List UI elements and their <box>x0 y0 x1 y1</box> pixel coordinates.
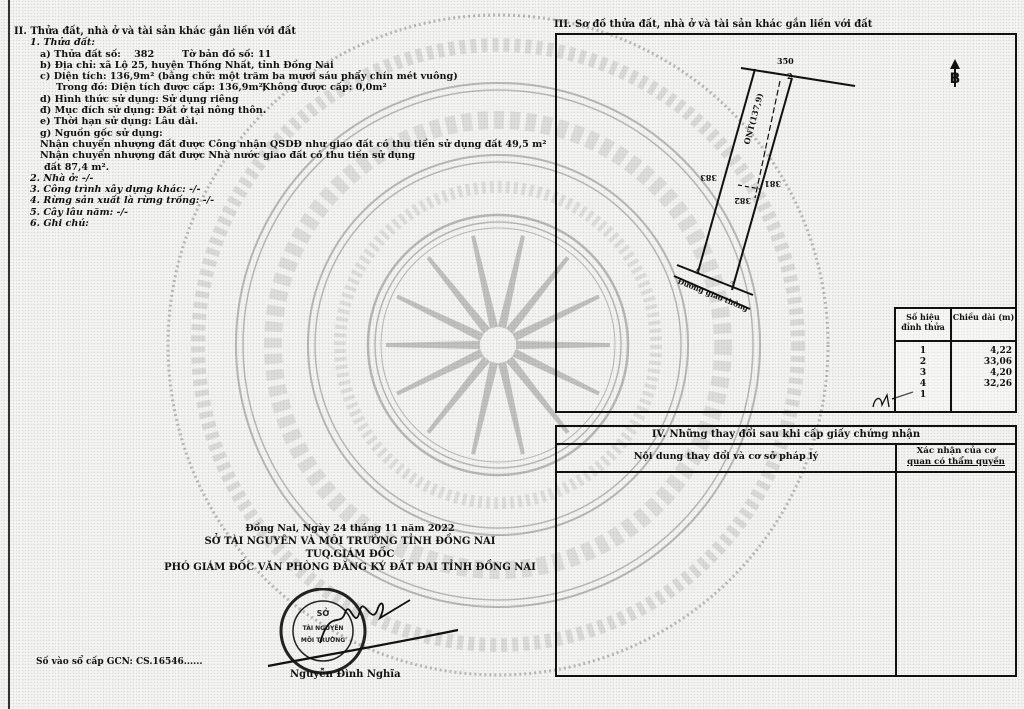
vertex-column: Số hiệu đỉnh thửa 12341 <box>896 309 952 411</box>
vertex-2-label: 2 <box>787 71 793 81</box>
house-row: 2. Nhà ở: -/- <box>14 173 546 184</box>
land-certificate-page: II. Thửa đất, nhà ở và tài sản khác gắn … <box>0 0 1024 709</box>
area-not-granted: Không được cấp: 0,0m² <box>262 82 387 93</box>
map-sheet-number: 11 <box>258 49 271 60</box>
length-cell: 33,06 <box>952 357 1012 368</box>
signature-block: Đồng Nai, Ngày 24 tháng 11 năm 2022 SỞ T… <box>160 522 540 574</box>
length-cell: 4,22 <box>952 346 1012 357</box>
perennial-trees-row: 5. Cây lâu năm: -/- <box>14 207 546 218</box>
label-road: Đường giao thông <box>676 277 750 314</box>
area-granted-row: Trong đó: Diện tích được cấp: 136,9m², K… <box>14 82 546 93</box>
stamp-line-2: TÀI NGUYÊN <box>303 624 344 632</box>
parcel-label: a) Thửa đất số: <box>40 49 121 60</box>
label-parcel: 382 <box>734 196 751 206</box>
land-heading: 1. Thửa đất: <box>14 37 546 48</box>
authority-header-line-2: quan có thẩm quyền <box>897 457 1015 468</box>
vertex-cell: 1 <box>896 346 950 357</box>
origin-heading: g) Nguồn gốc sử dụng: <box>14 128 546 139</box>
label-parcel-code: ONT(137,9) <box>742 92 765 146</box>
vertex-cell: 3 <box>896 368 950 379</box>
edge-length-table: Số hiệu đỉnh thửa 12341 Chiều dài (m) 4,… <box>894 307 1017 413</box>
on-behalf-of: TUQ.GIÁM ĐỐC <box>160 548 540 561</box>
authority-confirmation-header: Xác nhận của cơ quan có thẩm quyền <box>897 446 1015 468</box>
length-column-header: Chiều dài (m) <box>952 309 1015 342</box>
left-border-line <box>8 0 10 709</box>
origin-line-3: đất 87,4 m². <box>14 162 546 173</box>
production-forest-row: 4. Rừng sản xuất là rừng trồng: -/- <box>14 195 546 206</box>
vertex-values: 12341 <box>896 342 950 401</box>
usage-term-row: e) Thời hạn sử dụng: Lâu dài. <box>14 116 546 127</box>
label-right-neighbor: 381 <box>764 179 781 189</box>
north-arrow-icon: B <box>950 59 961 87</box>
gcn-entry-number: Số vào sổ cấp GCN: CS.16546...... <box>36 657 203 668</box>
area-row: c) Diện tích: 136,9m² (bằng chữ: một tră… <box>14 71 546 82</box>
label-left-neighbor: 383 <box>700 173 717 183</box>
place-date: Đồng Nai, Ngày 24 tháng 11 năm 2022 <box>160 522 540 535</box>
stamp-line-3: MÔI TRƯỜNG <box>301 637 345 644</box>
official-stamp-icon: SỞ TÀI NGUYÊN MÔI TRƯỜNG <box>260 588 460 678</box>
section-land-info: II. Thửa đất, nhà ở và tài sản khác gắn … <box>14 26 546 229</box>
other-construction-row: 3. Công trình xây dựng khác: -/- <box>14 184 546 195</box>
area-granted: Trong đó: Diện tích được cấp: 136,9m², <box>56 82 266 93</box>
label-top-neighbor: 350 <box>777 56 794 66</box>
signer-position: PHÓ GIÁM ĐỐC VĂN PHÒNG ĐĂNG KÝ ĐẤT ĐAI T… <box>160 561 540 574</box>
origin-line-1: Nhận chuyển nhượng đất được Công nhận QS… <box>14 139 546 150</box>
length-cell: 4,20 <box>952 368 1012 379</box>
length-cell <box>952 390 1012 401</box>
vertex-column-header: Số hiệu đỉnh thửa <box>896 309 950 342</box>
vertex-cell: 1 <box>896 390 950 401</box>
usage-form-row: d) Hình thức sử dụng: Sử dụng riêng <box>14 94 546 105</box>
signer-name: Nguyễn Đình Nghĩa <box>290 669 401 680</box>
vertex-4-label: 4 <box>695 267 700 276</box>
section3-title: III. Sơ đồ thửa đất, nhà ở và tài sản kh… <box>554 19 872 30</box>
north-label: B <box>950 71 961 87</box>
section2-title: II. Thửa đất, nhà ở và tài sản khác gắn … <box>14 26 546 37</box>
section4-title: IV. Những thay đổi sau khi cấp giấy chứn… <box>557 427 1015 445</box>
parcel-number: 382 <box>134 49 154 60</box>
section4-header-row: Nội dung thay đổi và cơ sở pháp lý Xác n… <box>557 445 1015 473</box>
map-sheet-label: Tờ bản đồ số: <box>182 49 254 60</box>
length-cell: 32,26 <box>952 379 1012 390</box>
vertex-cell: 2 <box>896 357 950 368</box>
length-column: Chiều dài (m) 4,2233,064,2032,26 <box>952 309 1015 411</box>
issuing-agency: SỞ TÀI NGUYÊN VÀ MÔI TRƯỜNG TỈNH ĐỒNG NA… <box>160 535 540 548</box>
origin-line-2: Nhận chuyển nhượng đất được Nhà nước gia… <box>14 150 546 161</box>
vertex-3-label: 3 <box>730 280 735 289</box>
changes-after-issuance-table: IV. Những thay đổi sau khi cấp giấy chứn… <box>555 425 1017 677</box>
stamp-line-1: SỞ <box>317 606 330 618</box>
address-row: b) Địa chỉ: xã Lộ 25, huyện Thống Nhất, … <box>14 60 546 71</box>
vertex-cell: 4 <box>896 379 950 390</box>
notes-row: 6. Ghi chú: <box>14 218 546 229</box>
parcel-number-row: a) Thửa đất số: 382 Tờ bản đồ số: 11 <box>14 49 546 60</box>
change-content-header: Nội dung thay đổi và cơ sở pháp lý <box>557 451 895 462</box>
authority-header-line-1: Xác nhận của cơ <box>897 446 1015 457</box>
section4-column-divider <box>895 445 897 675</box>
usage-purpose-row: đ) Mục đích sử dụng: Đất ở tại nông thôn… <box>14 105 546 116</box>
length-values: 4,2233,064,2032,26 <box>952 342 1015 401</box>
